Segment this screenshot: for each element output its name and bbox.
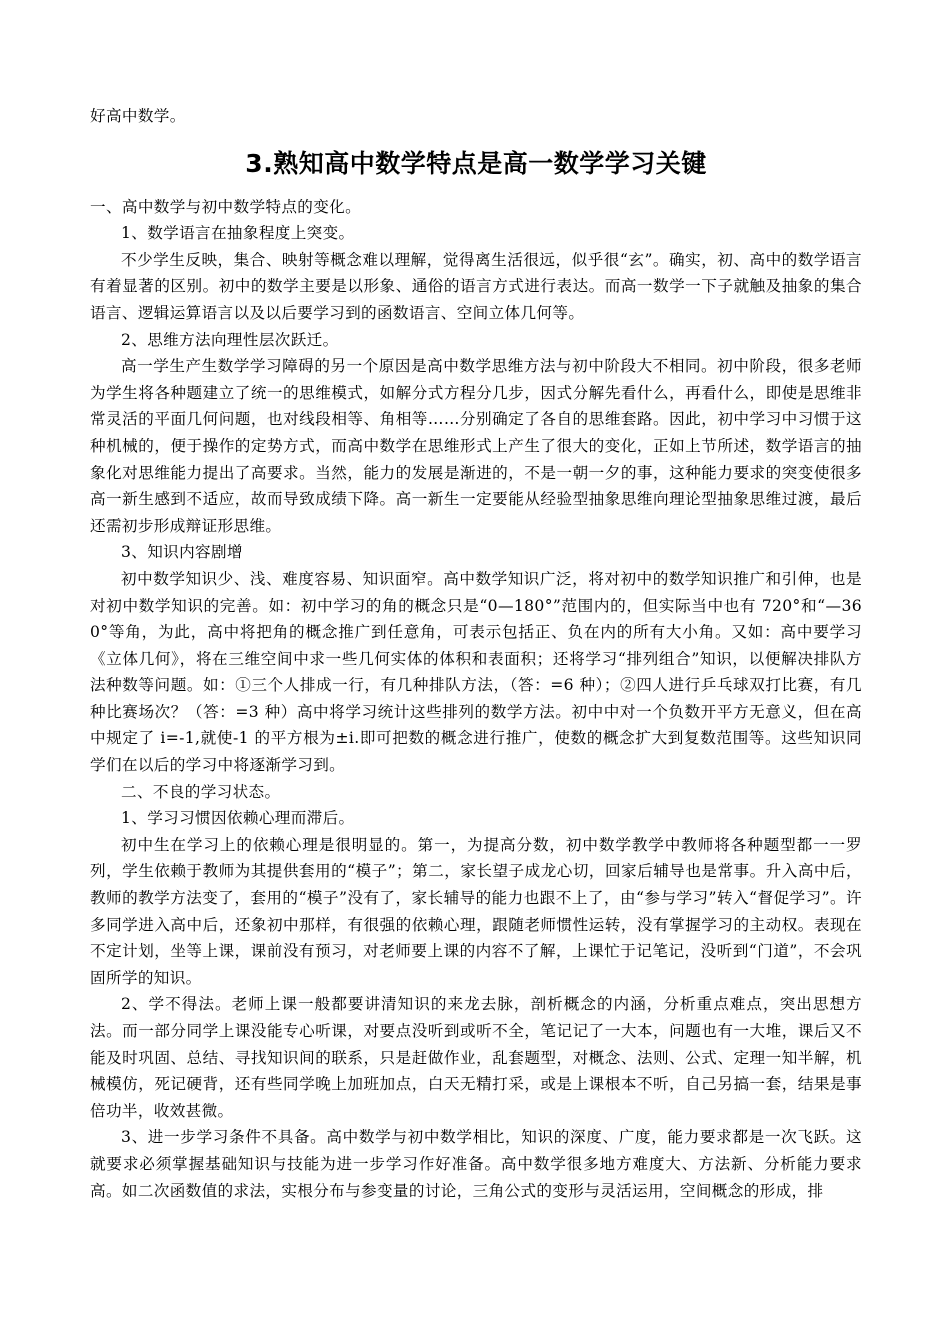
paragraph-1-1: 不少学生反映，集合、映射等概念难以理解，觉得离生活很远，似乎很“玄”。确实，初、… [90,247,862,327]
section-heading-2: 二、不良的学习状态。 [90,779,862,806]
paragraph-2-1: 初中生在学习上的依赖心理是很明显的。第一，为提高分数，初中数学教学中教师将各种题… [90,832,862,992]
section-title: 3.熟知高中数学特点是高一数学学习关键 [90,144,862,184]
document-page: 好高中数学。 3.熟知高中数学特点是高一数学学习关键 一、高中数学与初中数学特点… [90,103,862,1204]
paragraph-1-3: 初中数学知识少、浅、难度容易、知识面窄。高中数学知识广泛，将对初中的数学知识推广… [90,566,862,779]
subheading-1-2: 2、思维方法向理性层次跃迁。 [90,327,862,354]
paragraph-2-3: 3、进一步学习条件不具备。高中数学与初中数学相比，知识的深度、广度，能力要求都是… [90,1124,862,1204]
subheading-1-1: 1、数学语言在抽象程度上突变。 [90,220,862,247]
paragraph-1-2: 高一学生产生数学学习障碍的另一个原因是高中数学思维方法与初中阶段大不相同。初中阶… [90,353,862,539]
lead-fragment: 好高中数学。 [90,103,862,130]
section-heading-1: 一、高中数学与初中数学特点的变化。 [90,194,862,221]
paragraph-2-2: 2、学不得法。老师上课一般都要讲清知识的来龙去脉，剖析概念的内涵，分析重点难点，… [90,991,862,1124]
subheading-1-3: 3、知识内容剧增 [90,539,862,566]
subheading-2-1: 1、学习习惯因依赖心理而滞后。 [90,805,862,832]
